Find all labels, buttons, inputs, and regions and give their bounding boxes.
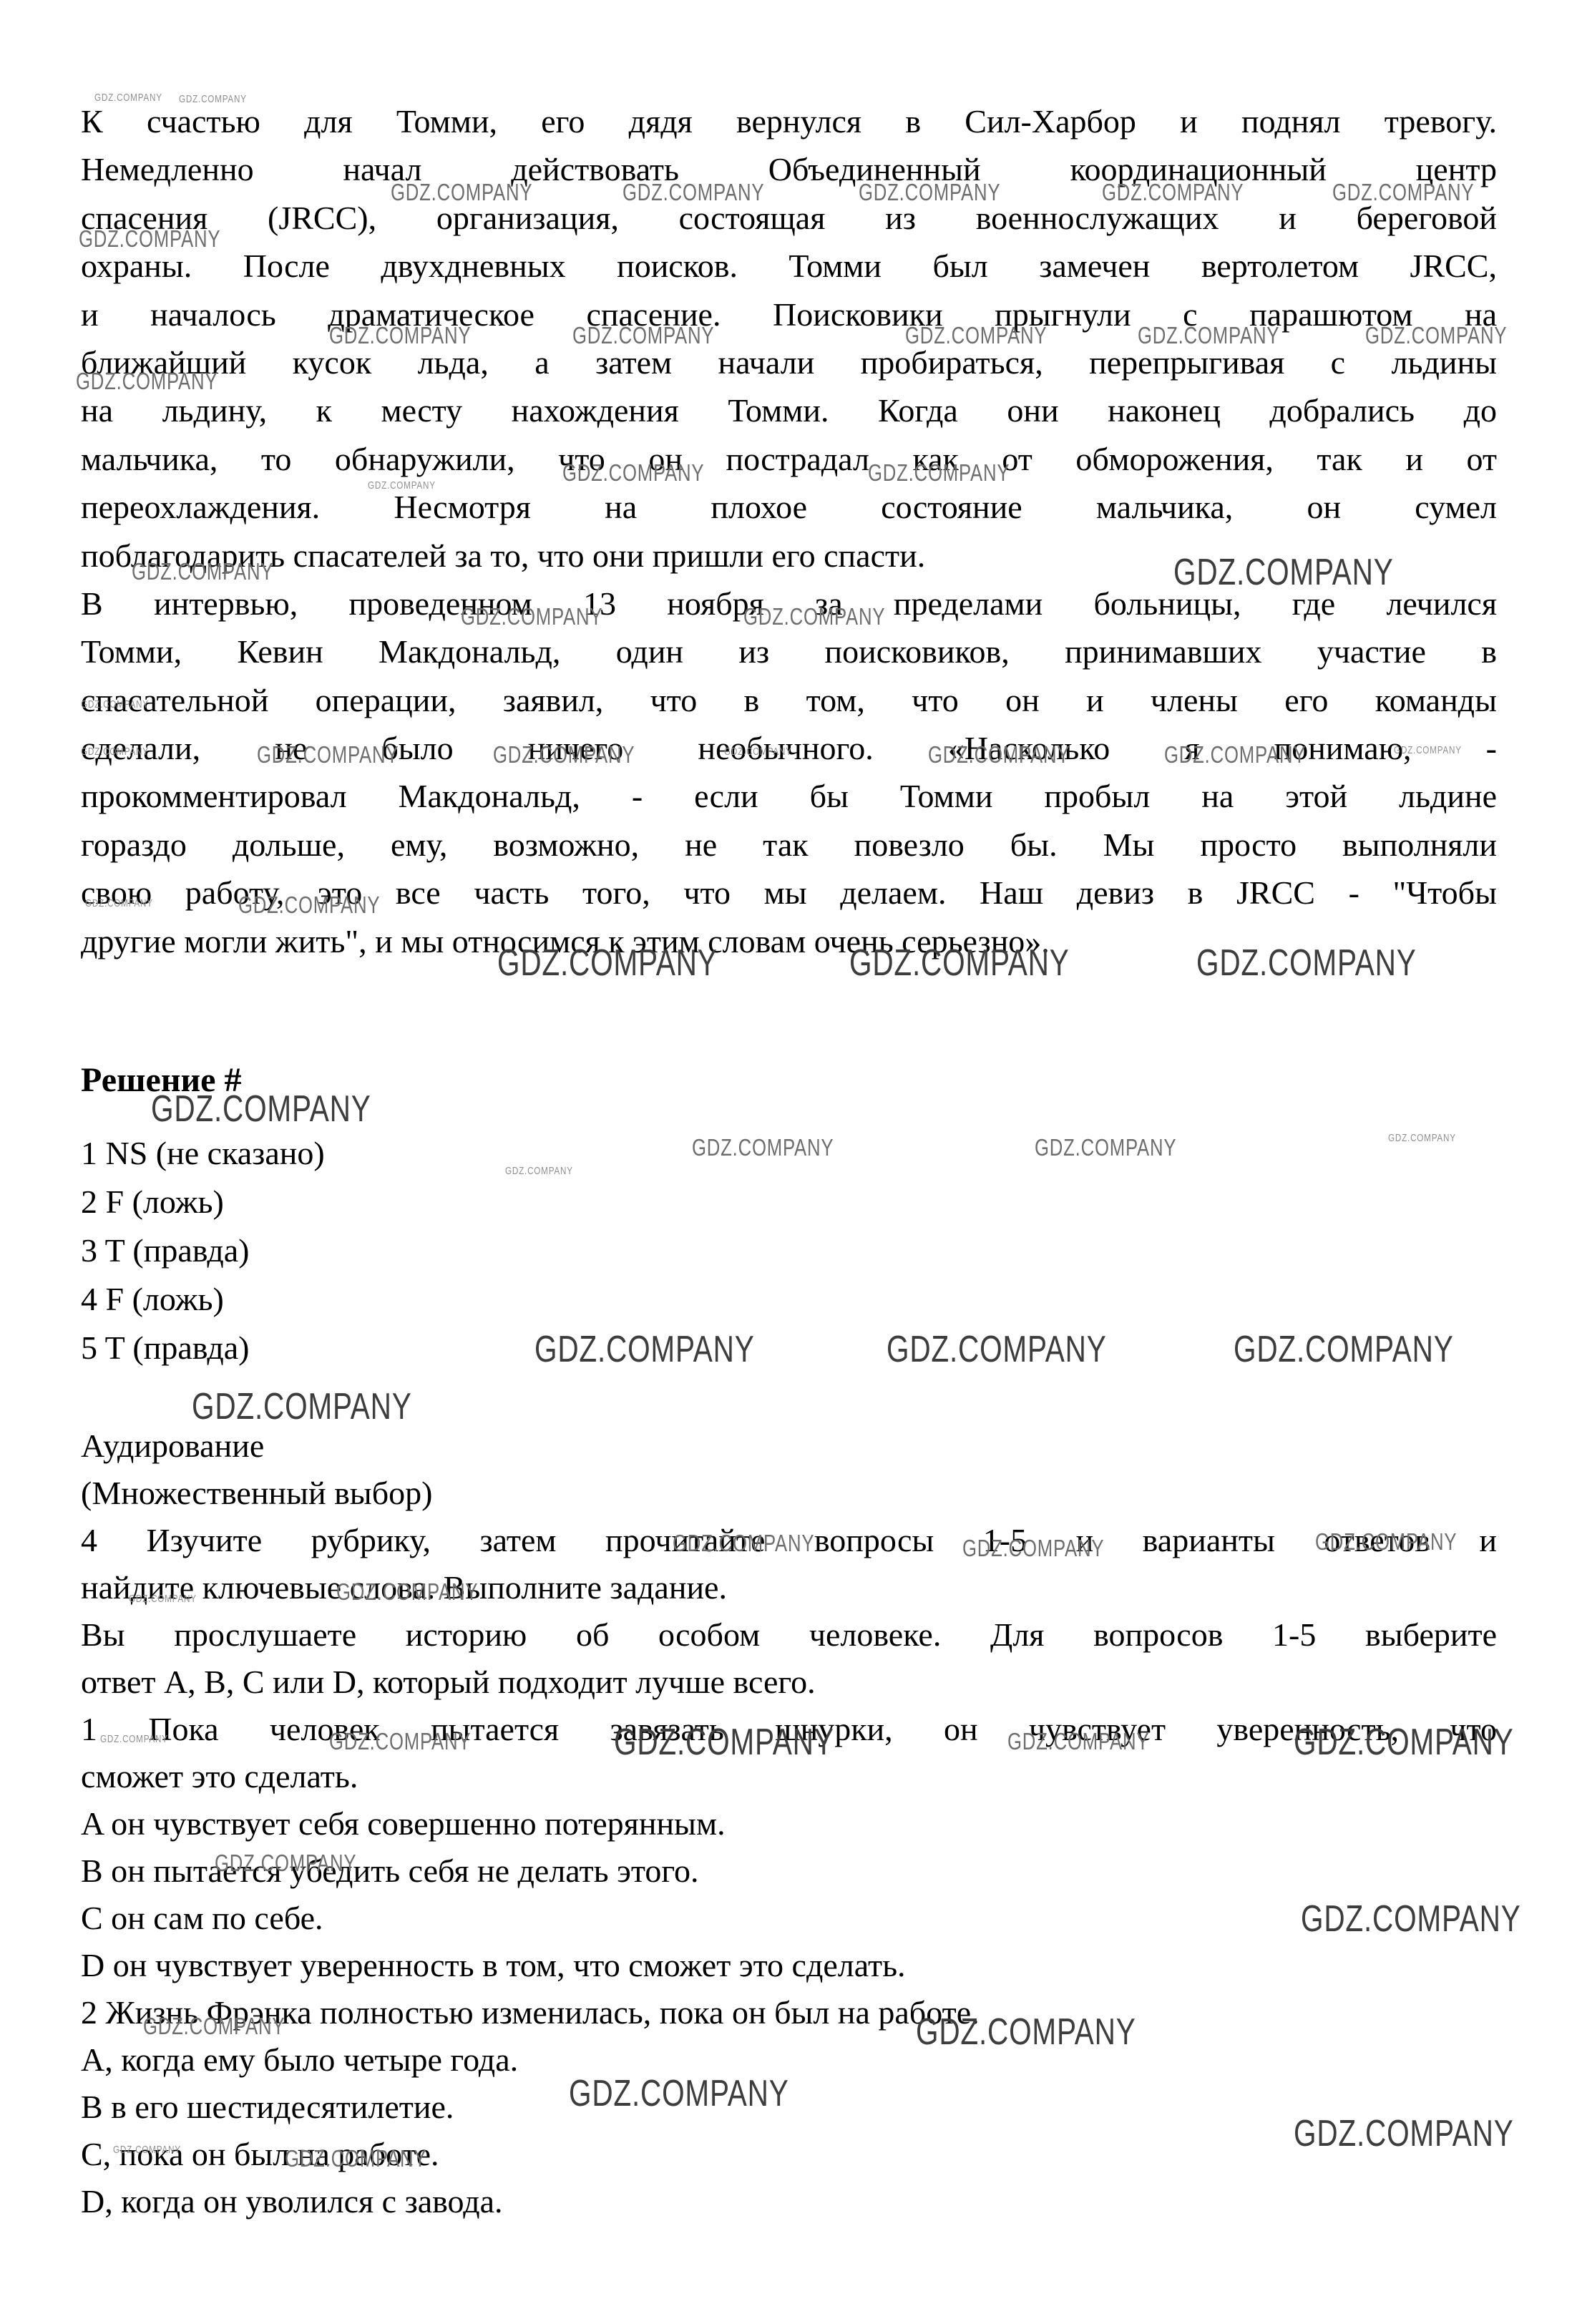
solution-answers-line: 2 F (ложь) (81, 1178, 1497, 1226)
watermark: GDZ.COMPANY (569, 2072, 789, 2115)
watermark: GDZ.COMPANY (129, 1593, 197, 1605)
listening-title: Аудирование (81, 1422, 1497, 1470)
watermark: GDZ.COMPANY (1301, 1898, 1521, 1940)
watermark: GDZ.COMPANY (1173, 551, 1394, 594)
watermark: GDZ.COMPANY (81, 698, 149, 711)
watermark: GDZ.COMPANY (1138, 322, 1279, 349)
story-paragraph-2-line: гораздо дольше, ему, возможно, не так по… (81, 821, 1497, 869)
watermark: GDZ.COMPANY (257, 741, 399, 768)
watermark: GDZ.COMPANY (572, 322, 714, 349)
listening-question-1-options-line: A он чувствует себя совершенно потерянны… (81, 1800, 1497, 1847)
watermark: GDZ.COMPANY (85, 897, 153, 909)
story-paragraph-1-line: Немедленно начал действовать Объединенны… (81, 145, 1497, 193)
story-paragraph-1-line: спасения (JRCC), организация, состоящая … (81, 194, 1497, 242)
story-paragraph-2-line: Томми, Кевин Макдональд, один из поисков… (81, 628, 1497, 675)
solution-answers-line: 4 F (ложь) (81, 1275, 1497, 1324)
watermark: GDZ.COMPANY (461, 603, 602, 630)
listening-rubric-line: Вы прослушаете историю об особом человек… (81, 1611, 1497, 1659)
story-paragraph-2-line: прокомментировал Макдональд, - если бы Т… (81, 772, 1497, 820)
watermark: GDZ.COMPANY (113, 2144, 181, 2156)
listening-question-1-options-line: D он чувствует уверенность в том, что см… (81, 1942, 1497, 1989)
watermark: GDZ.COMPANY (179, 93, 247, 105)
listening-rubric-line: ответ A, B, C или D, который подходит лу… (81, 1659, 1497, 1706)
listening-question-2-options: A, когда ему было четыре года.B в его ше… (81, 2036, 1497, 2225)
watermark: GDZ.COMPANY (1294, 1721, 1514, 1764)
watermark: GDZ.COMPANY (859, 179, 1000, 206)
watermark: GDZ.COMPANY (562, 459, 704, 487)
story-paragraph-1-line: К счастью для Томми, его дядя вернулся в… (81, 97, 1497, 145)
watermark: GDZ.COMPANY (1164, 741, 1306, 768)
story-paragraphs: К счастью для Томми, его дядя вернулся в… (81, 97, 1497, 965)
story-paragraph-1-line: ближайший кусок льда, а затем начали про… (81, 338, 1497, 386)
watermark: GDZ.COMPANY (928, 741, 1070, 768)
watermark: GDZ.COMPANY (1394, 744, 1462, 756)
watermark: GDZ.COMPANY (743, 603, 885, 630)
watermark: GDZ.COMPANY (868, 459, 1010, 487)
solution-answers-line: 3 T (правда) (81, 1226, 1497, 1275)
listening-question-1-options-line: C он сам по себе. (81, 1895, 1497, 1942)
watermark: GDZ.COMPANY (493, 741, 635, 768)
story-paragraph-1-line: охраны. После двухдневных поисков. Томми… (81, 242, 1497, 290)
story-paragraph-1-line: на льдину, к месту нахождения Томми. Ког… (81, 386, 1497, 434)
watermark: GDZ.COMPANY (692, 1134, 834, 1161)
watermark: GDZ.COMPANY (1388, 1132, 1456, 1144)
watermark: GDZ.COMPANY (329, 322, 471, 349)
story-paragraph-1-line: переохлаждения. Несмотря на плохое состо… (81, 483, 1497, 531)
watermark: GDZ.COMPANY (1234, 1328, 1454, 1371)
listening-question-2-options-line: D, когда он уволился с завода. (81, 2178, 1497, 2225)
watermark: GDZ.COMPANY (1196, 942, 1417, 985)
watermark: GDZ.COMPANY (505, 1165, 573, 1177)
watermark: GDZ.COMPANY (497, 942, 718, 985)
watermark: GDZ.COMPANY (76, 368, 218, 395)
listening-rubric: Вы прослушаете историю об особом человек… (81, 1611, 1497, 1706)
watermark: GDZ.COMPANY (132, 558, 273, 585)
watermark: GDZ.COMPANY (94, 92, 162, 104)
listening-question-2-line: 2 Жизнь Фрэнка полностью изменилась, пок… (81, 1989, 1497, 2036)
watermark: GDZ.COMPANY (143, 2013, 285, 2040)
watermark: GDZ.COMPANY (391, 179, 532, 206)
watermark: GDZ.COMPANY (1332, 179, 1474, 206)
story-paragraph-1: К счастью для Томми, его дядя вернулся в… (81, 97, 1497, 580)
listening-question-2: 2 Жизнь Фрэнка полностью изменилась, пок… (81, 1989, 1497, 2036)
watermark: GDZ.COMPANY (887, 1328, 1107, 1371)
watermark: GDZ.COMPANY (1102, 179, 1244, 206)
watermark: GDZ.COMPANY (1294, 2112, 1514, 2155)
watermark: GDZ.COMPANY (614, 1721, 834, 1764)
watermark: GDZ.COMPANY (329, 1728, 471, 1755)
watermark: GDZ.COMPANY (1365, 322, 1507, 349)
watermark: GDZ.COMPANY (962, 1535, 1104, 1562)
watermark: GDZ.COMPANY (285, 2145, 426, 2172)
watermark: GDZ.COMPANY (151, 1088, 371, 1131)
watermark: GDZ.COMPANY (79, 225, 220, 253)
watermark: GDZ.COMPANY (849, 942, 1070, 985)
watermark: GDZ.COMPANY (215, 1850, 356, 1877)
watermark: GDZ.COMPANY (916, 2011, 1136, 2054)
watermark: GDZ.COMPANY (368, 479, 436, 492)
watermark: GDZ.COMPANY (1007, 1728, 1149, 1755)
watermark: GDZ.COMPANY (336, 1578, 478, 1606)
watermark: GDZ.COMPANY (724, 746, 792, 758)
watermark: GDZ.COMPANY (1315, 1528, 1457, 1556)
watermark: GDZ.COMPANY (534, 1328, 755, 1371)
watermark: GDZ.COMPANY (238, 892, 380, 919)
listening-question-1-options: A он чувствует себя совершенно потерянны… (81, 1800, 1497, 1989)
story-paragraph-2-line: спасательной операции, заявил, что в том… (81, 676, 1497, 724)
watermark: GDZ.COMPANY (100, 1733, 168, 1745)
watermark: GDZ.COMPANY (905, 322, 1047, 349)
document-page: { "page": { "width": 2204, "height": 324… (0, 0, 1577, 2324)
listening-subtitle: (Множественный выбор) (81, 1470, 1497, 1517)
story-paragraph-1-line: мальчика, то обнаружили, что он пострада… (81, 435, 1497, 483)
watermark: GDZ.COMPANY (622, 179, 764, 206)
story-paragraph-1-line: и началось драматическое спасение. Поиск… (81, 290, 1497, 338)
watermark: GDZ.COMPANY (192, 1385, 412, 1428)
listening-task-line: найдите ключевые слова. Выполните задани… (81, 1564, 1497, 1611)
watermark: GDZ.COMPANY (1035, 1134, 1176, 1161)
watermark: GDZ.COMPANY (673, 1530, 814, 1557)
watermark: GDZ.COMPANY (81, 746, 149, 758)
